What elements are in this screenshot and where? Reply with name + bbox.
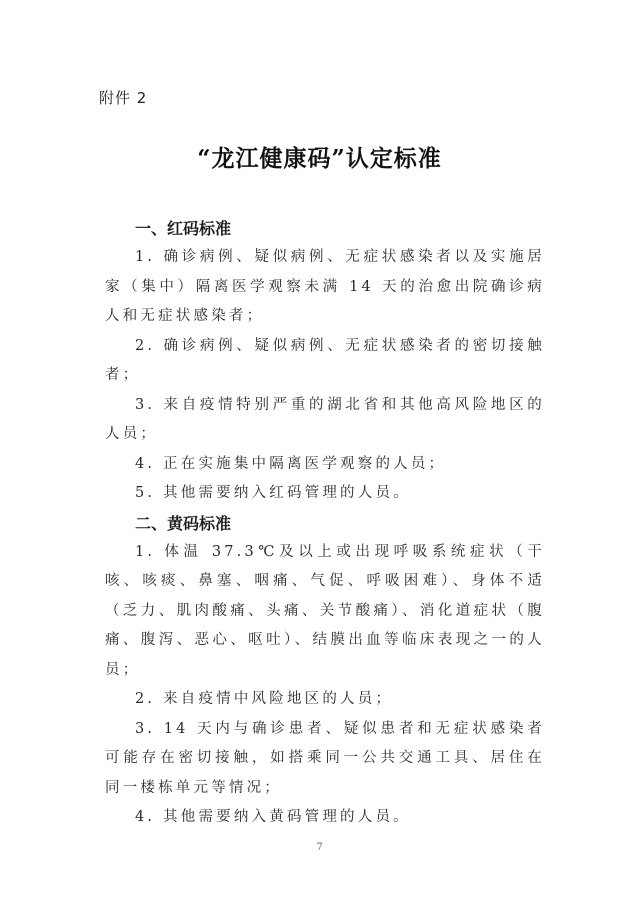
document-body: 一、红码标准 1. 确诊病例、疑似病例、无症状感染者以及实施居家（集中）隔离医学… [105, 214, 545, 833]
document-title: “龙江健康码”认定标准 [0, 140, 639, 173]
section-heading-yellow-code: 二、黄码标准 [105, 509, 545, 538]
red-code-item-1: 1. 确诊病例、疑似病例、无症状感染者以及实施居家（集中）隔离医学观察未满 14… [105, 243, 545, 332]
yellow-code-item-4: 4. 其他需要纳入黄码管理的人员。 [105, 803, 545, 833]
red-code-item-4: 4. 正在实施集中隔离医学观察的人员； [105, 450, 545, 480]
red-code-item-2: 2. 确诊病例、疑似病例、无症状感染者的密切接触者； [105, 332, 545, 391]
page-number: 7 [0, 842, 639, 853]
yellow-code-item-2: 2. 来自疫情中风险地区的人员； [105, 685, 545, 715]
yellow-code-item-1: 1. 体温 37.3℃及以上或出现呼吸系统症状（干咳、咳痰、鼻塞、咽痛、气促、呼… [105, 538, 545, 686]
yellow-code-item-3: 3. 14 天内与确诊患者、疑似患者和无症状感染者可能存在密切接触，如搭乘同一公… [105, 715, 545, 804]
red-code-item-3: 3. 来自疫情特别严重的湖北省和其他高风险地区的人员； [105, 391, 545, 450]
red-code-item-5: 5. 其他需要纳入红码管理的人员。 [105, 479, 545, 509]
attachment-label: 附件 2 [99, 87, 147, 108]
section-heading-red-code: 一、红码标准 [105, 214, 545, 243]
